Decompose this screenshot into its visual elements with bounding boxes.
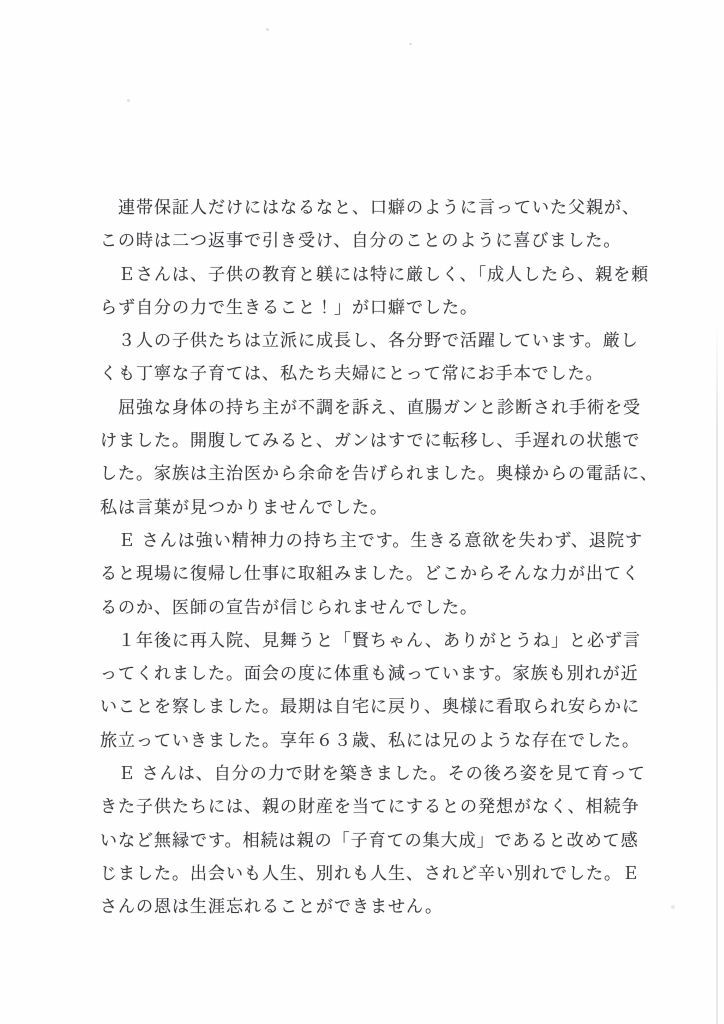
text-line: きた子供たちには、親の財産を当てにするとの発想がなく、相続争 — [100, 790, 675, 823]
text-line: した。家族は主治医から余命を告げられました。奥様からの電話に、 — [100, 457, 675, 490]
text-line: 屈強な身体の持ち主が不調を訴え、直腸ガンと診断され手術を受 — [100, 391, 675, 424]
text-line: この時は二つ返事で引き受け、自分のことのように喜びました。 — [100, 224, 675, 257]
text-line: 私は言葉が見つかりませんでした。 — [100, 491, 675, 524]
scan-speck — [671, 905, 675, 909]
text-line: Ｅ さんは強い精神力の持ち主です。生きる意欲を失わず、退院す — [100, 524, 675, 557]
text-line: 連帯保証人だけにはなるなと、口癖のように言っていた父親が、 — [100, 191, 675, 224]
body-text: 連帯保証人だけにはなるなと、口癖のように言っていた父親が、この時は二つ返事で引き… — [100, 191, 675, 924]
scan-speck — [409, 43, 412, 45]
text-line: いことを察しました。最期は自宅に戻り、奥様に看取られ安らかに — [100, 690, 675, 723]
text-line: ってくれました。面会の度に体重も減っています。家族も別れが近 — [100, 657, 675, 690]
text-line: 旅立っていきました。享年６３歳、私には兄のような存在でした。 — [100, 724, 675, 757]
text-line: くも丁寧な子育ては、私たち夫婦にとって常にお手本でした。 — [100, 357, 675, 390]
scanned-document-page: 連帯保証人だけにはなるなと、口癖のように言っていた父親が、この時は二つ返事で引き… — [0, 0, 724, 1024]
text-line: ると現場に復帰し仕事に取組みました。どこからそんな力が出てく — [100, 557, 675, 590]
text-line: １年後に再入院、見舞うと「賢ちゃん、ありがとうね」と必ず言 — [100, 624, 675, 657]
text-line: さんの恩は生涯忘れることができません。 — [100, 890, 675, 923]
text-line: Ｅさんは、子供の教育と躾には特に厳しく、「成人したら、親を頼 — [100, 258, 675, 291]
text-line: ３人の子供たちは立派に成長し、各分野で活躍しています。厳し — [100, 324, 675, 357]
text-line: じました。出会いも人生、別れも人生、されど辛い別れでした。Ｅ — [100, 857, 675, 890]
text-line: いなど無縁です。相続は親の「子育ての集大成」であると改めて感 — [100, 824, 675, 857]
text-line: るのか、医師の宣告が信じられませんでした。 — [100, 591, 675, 624]
scan-speck — [266, 28, 269, 31]
page-edge-artifact — [716, 322, 718, 1024]
scan-speck — [127, 99, 130, 102]
text-line: らず自分の力で生きること！」が口癖でした。 — [100, 291, 675, 324]
text-line: けました。開腹してみると、ガンはすでに転移し、手遅れの状態で — [100, 424, 675, 457]
text-line: Ｅ さんは、自分の力で財を築きました。その後ろ姿を見て育って — [100, 757, 675, 790]
